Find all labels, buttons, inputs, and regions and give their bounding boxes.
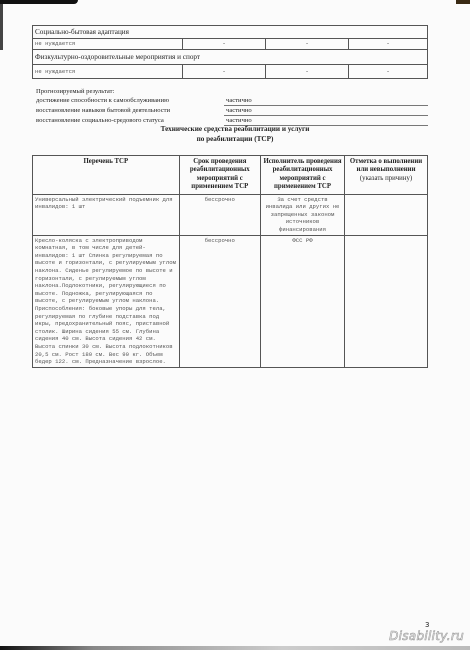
tsr-mark — [345, 235, 428, 367]
mark-value: - — [349, 39, 428, 50]
header-term: Срок проведения реабилитационных меропри… — [179, 156, 260, 195]
forecast-row: восстановление навыков бытовой деятельно… — [36, 106, 428, 116]
table-row: Универсальный электрический подъемник дл… — [33, 194, 428, 235]
scan-edge-shadow — [0, 646, 470, 650]
table-row: не нуждается - - - — [33, 39, 428, 50]
rehab-activities-table: Социально-бытовая адаптация не нуждается… — [32, 25, 428, 79]
section-title-social-adaptation: Социально-бытовая адаптация — [33, 26, 428, 39]
scan-edge-shadow — [0, 0, 78, 4]
scan-edge-shadow — [456, 0, 470, 4]
tsr-item: Универсальный электрический подъемник дл… — [33, 194, 180, 235]
forecast-title: Прогнозируемый результат: — [36, 87, 428, 96]
term-value: - — [183, 39, 266, 50]
forecast-label: восстановление навыков бытовой деятельно… — [36, 106, 224, 116]
tsr-term: бессрочно — [179, 194, 260, 235]
heading-line: Технические средства реабилитации и услу… — [0, 124, 470, 134]
tsr-executor: ФСС РФ — [260, 235, 344, 367]
tsr-mark — [345, 194, 428, 235]
executor-value: - — [266, 39, 349, 50]
section-heading: Технические средства реабилитации и услу… — [0, 124, 470, 144]
header-mark-title: Отметка о выполнении или невыполнении — [346, 158, 426, 175]
tsr-executor: За счет средств инвалида или других не з… — [260, 194, 344, 235]
header-mark: Отметка о выполнении или невыполнении (у… — [345, 156, 428, 195]
table-row: Кресло-коляска с электроприводом комнатн… — [33, 235, 428, 367]
page-number: 3 — [425, 621, 429, 629]
scan-edge-shadow — [0, 4, 3, 50]
mark-value: - — [349, 65, 428, 79]
forecast-value: частично — [224, 96, 428, 106]
executor-value: - — [266, 65, 349, 79]
header-mark-note: (указать причину) — [346, 175, 426, 183]
need-value: не нуждается — [33, 65, 183, 79]
forecast-row: достижение способности к самообслуживани… — [36, 96, 428, 106]
heading-line: по реабилитации (ТСР) — [0, 134, 470, 144]
header-tsr-list: Перечень ТСР — [33, 156, 180, 195]
term-value: - — [183, 65, 266, 79]
forecast-block: Прогнозируемый результат: достижение спо… — [36, 87, 428, 126]
tsr-item: Кресло-коляска с электроприводом комнатн… — [33, 235, 180, 367]
watermark-logo: Disability.ru — [389, 629, 464, 643]
header-executor: Исполнитель проведения реабилитационных … — [260, 156, 344, 195]
table-row: не нуждается - - - — [33, 65, 428, 79]
table-header-row: Перечень ТСР Срок проведения реабилитаци… — [33, 156, 428, 195]
section-title-sport: Физкультурно-оздоровительные мероприятия… — [33, 50, 428, 65]
tsr-term: бессрочно — [179, 235, 260, 367]
forecast-value: частично — [224, 106, 428, 116]
need-value: не нуждается — [33, 39, 183, 50]
forecast-label: достижение способности к самообслуживани… — [36, 96, 224, 106]
tsr-table: Перечень ТСР Срок проведения реабилитаци… — [32, 155, 428, 368]
